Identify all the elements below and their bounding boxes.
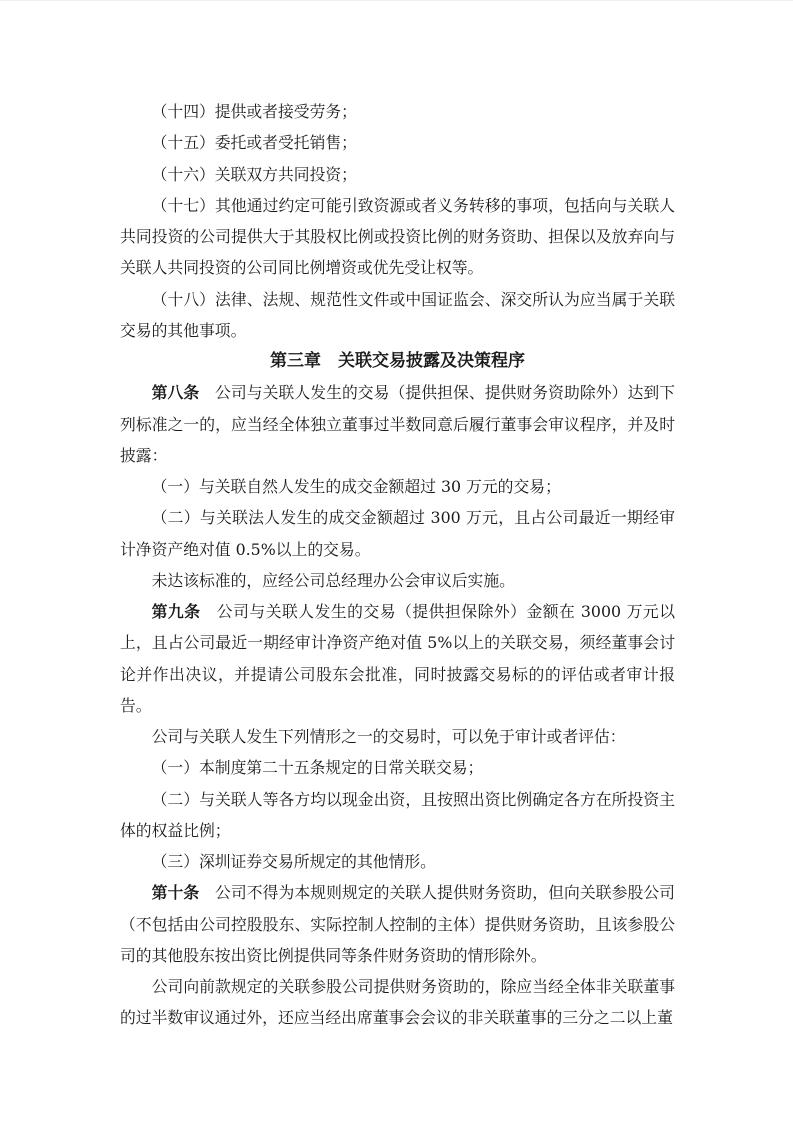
clause-item-17: （十七）其他通过约定可能引致资源或者义务转移的事项，包括向与关联人共同投资的公司… bbox=[120, 190, 675, 284]
article-8-clause-2: （二）与关联法人发生的成交金额超过 300 万元，且占公司最近一期经审计净资产绝… bbox=[120, 502, 675, 565]
clause-item-18: （十八）法律、法规、规范性文件或中国证监会、深交所认为应当属于关联交易的其他事项… bbox=[120, 284, 675, 347]
article-8-clause-1: （一）与关联自然人发生的成交金额超过 30 万元的交易； bbox=[120, 471, 675, 502]
article-9-exemption-2: （二）与关联人等各方均以现金出资，且按照出资比例确定各方在所投资主体的权益比例； bbox=[120, 784, 675, 847]
article-9-paragraph: 第九条 公司与关联人发生的交易（提供担保除外）金额在 3000 万元以上，且占公… bbox=[120, 596, 675, 721]
article-9-exemption-1: （一）本制度第二十五条规定的日常关联交易； bbox=[120, 752, 675, 783]
article-9-text: 公司与关联人发生的交易（提供担保除外）金额在 3000 万元以上，且占公司最近一… bbox=[120, 602, 675, 715]
article-8-number: 第八条 bbox=[152, 383, 200, 402]
clause-item-14: （十四）提供或者接受劳务； bbox=[120, 96, 675, 127]
article-10-text: 公司不得为本规则规定的关联人提供财务资助，但向关联参股公司（不包括由公司控股股东… bbox=[120, 883, 675, 965]
article-9-exemption-intro: 公司与关联人发生下列情形之一的交易时，可以免于审计或者评估： bbox=[120, 721, 675, 752]
article-8-paragraph: 第八条 公司与关联人发生的交易（提供担保、提供财务资助除外）达到下列标准之一的，… bbox=[120, 377, 675, 471]
article-10-paragraph-1: 第十条 公司不得为本规则规定的关联人提供财务资助，但向关联参股公司（不包括由公司… bbox=[120, 877, 675, 971]
article-8-supplement: 未达该标准的，应经公司总经理办公会审议后实施。 bbox=[120, 565, 675, 596]
clause-item-16: （十六）关联双方共同投资； bbox=[120, 159, 675, 190]
document-body-text: （十四）提供或者接受劳务； （十五）委托或者受托销售； （十六）关联双方共同投资… bbox=[120, 96, 675, 1034]
article-10-paragraph-2: 公司向前款规定的关联参股公司提供财务资助的，除应当经全体非关联董事的过半数审议通… bbox=[120, 971, 675, 1034]
article-10-number: 第十条 bbox=[152, 883, 200, 902]
article-9-exemption-3: （三）深圳证券交易所规定的其他情形。 bbox=[120, 846, 675, 877]
chapter-3-heading: 第三章 关联交易披露及决策程序 bbox=[120, 346, 675, 377]
document-page: （十四）提供或者接受劳务； （十五）委托或者受托销售； （十六）关联双方共同投资… bbox=[0, 0, 793, 1122]
article-8-text: 公司与关联人发生的交易（提供担保、提供财务资助除外）达到下列标准之一的，应当经全… bbox=[120, 383, 675, 465]
article-9-number: 第九条 bbox=[152, 602, 201, 621]
clause-item-15: （十五）委托或者受托销售； bbox=[120, 127, 675, 158]
